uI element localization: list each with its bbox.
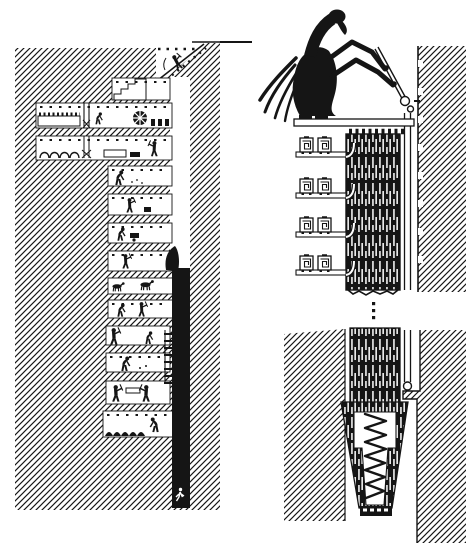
gallery-row	[108, 300, 174, 318]
standpipe-lower	[405, 330, 411, 382]
gallery-row	[103, 411, 173, 437]
access-channel	[170, 77, 190, 272]
borehole-rock-left	[284, 329, 345, 521]
pipe-end-loop	[404, 382, 412, 390]
shelf	[296, 137, 354, 157]
gallery-row	[36, 136, 172, 160]
standpipe	[405, 113, 411, 290]
borehole-drill-detail	[284, 328, 466, 543]
gallery-row	[36, 103, 172, 128]
borehole-rock-right	[403, 330, 466, 543]
drill-head-detail	[220, 10, 466, 296]
creature-head	[329, 10, 346, 24]
gallery-row	[106, 353, 170, 372]
drill-body	[341, 328, 408, 516]
gallery-row	[108, 278, 178, 294]
gallery-row	[108, 194, 172, 215]
gallery-row	[112, 78, 170, 100]
notched-rock-face	[418, 46, 466, 292]
gallery-row	[106, 326, 170, 345]
engraving-page	[0, 0, 470, 552]
gallery-row	[106, 381, 170, 404]
creature-jaw	[337, 21, 347, 35]
column-ragged-end	[348, 290, 398, 295]
deep-shaft	[172, 268, 190, 508]
shelf	[296, 255, 354, 275]
platform	[294, 119, 414, 126]
creature-silhouette	[260, 10, 408, 122]
continuation-dots	[372, 302, 375, 319]
gallery-row	[108, 223, 172, 243]
gallery-row	[108, 166, 172, 186]
gallery-cross-section	[15, 42, 220, 510]
engraving	[0, 0, 470, 552]
shelf	[296, 217, 354, 237]
coil-shelves	[296, 137, 354, 275]
shelf	[296, 178, 354, 198]
lever-pipe-joint	[401, 97, 421, 113]
